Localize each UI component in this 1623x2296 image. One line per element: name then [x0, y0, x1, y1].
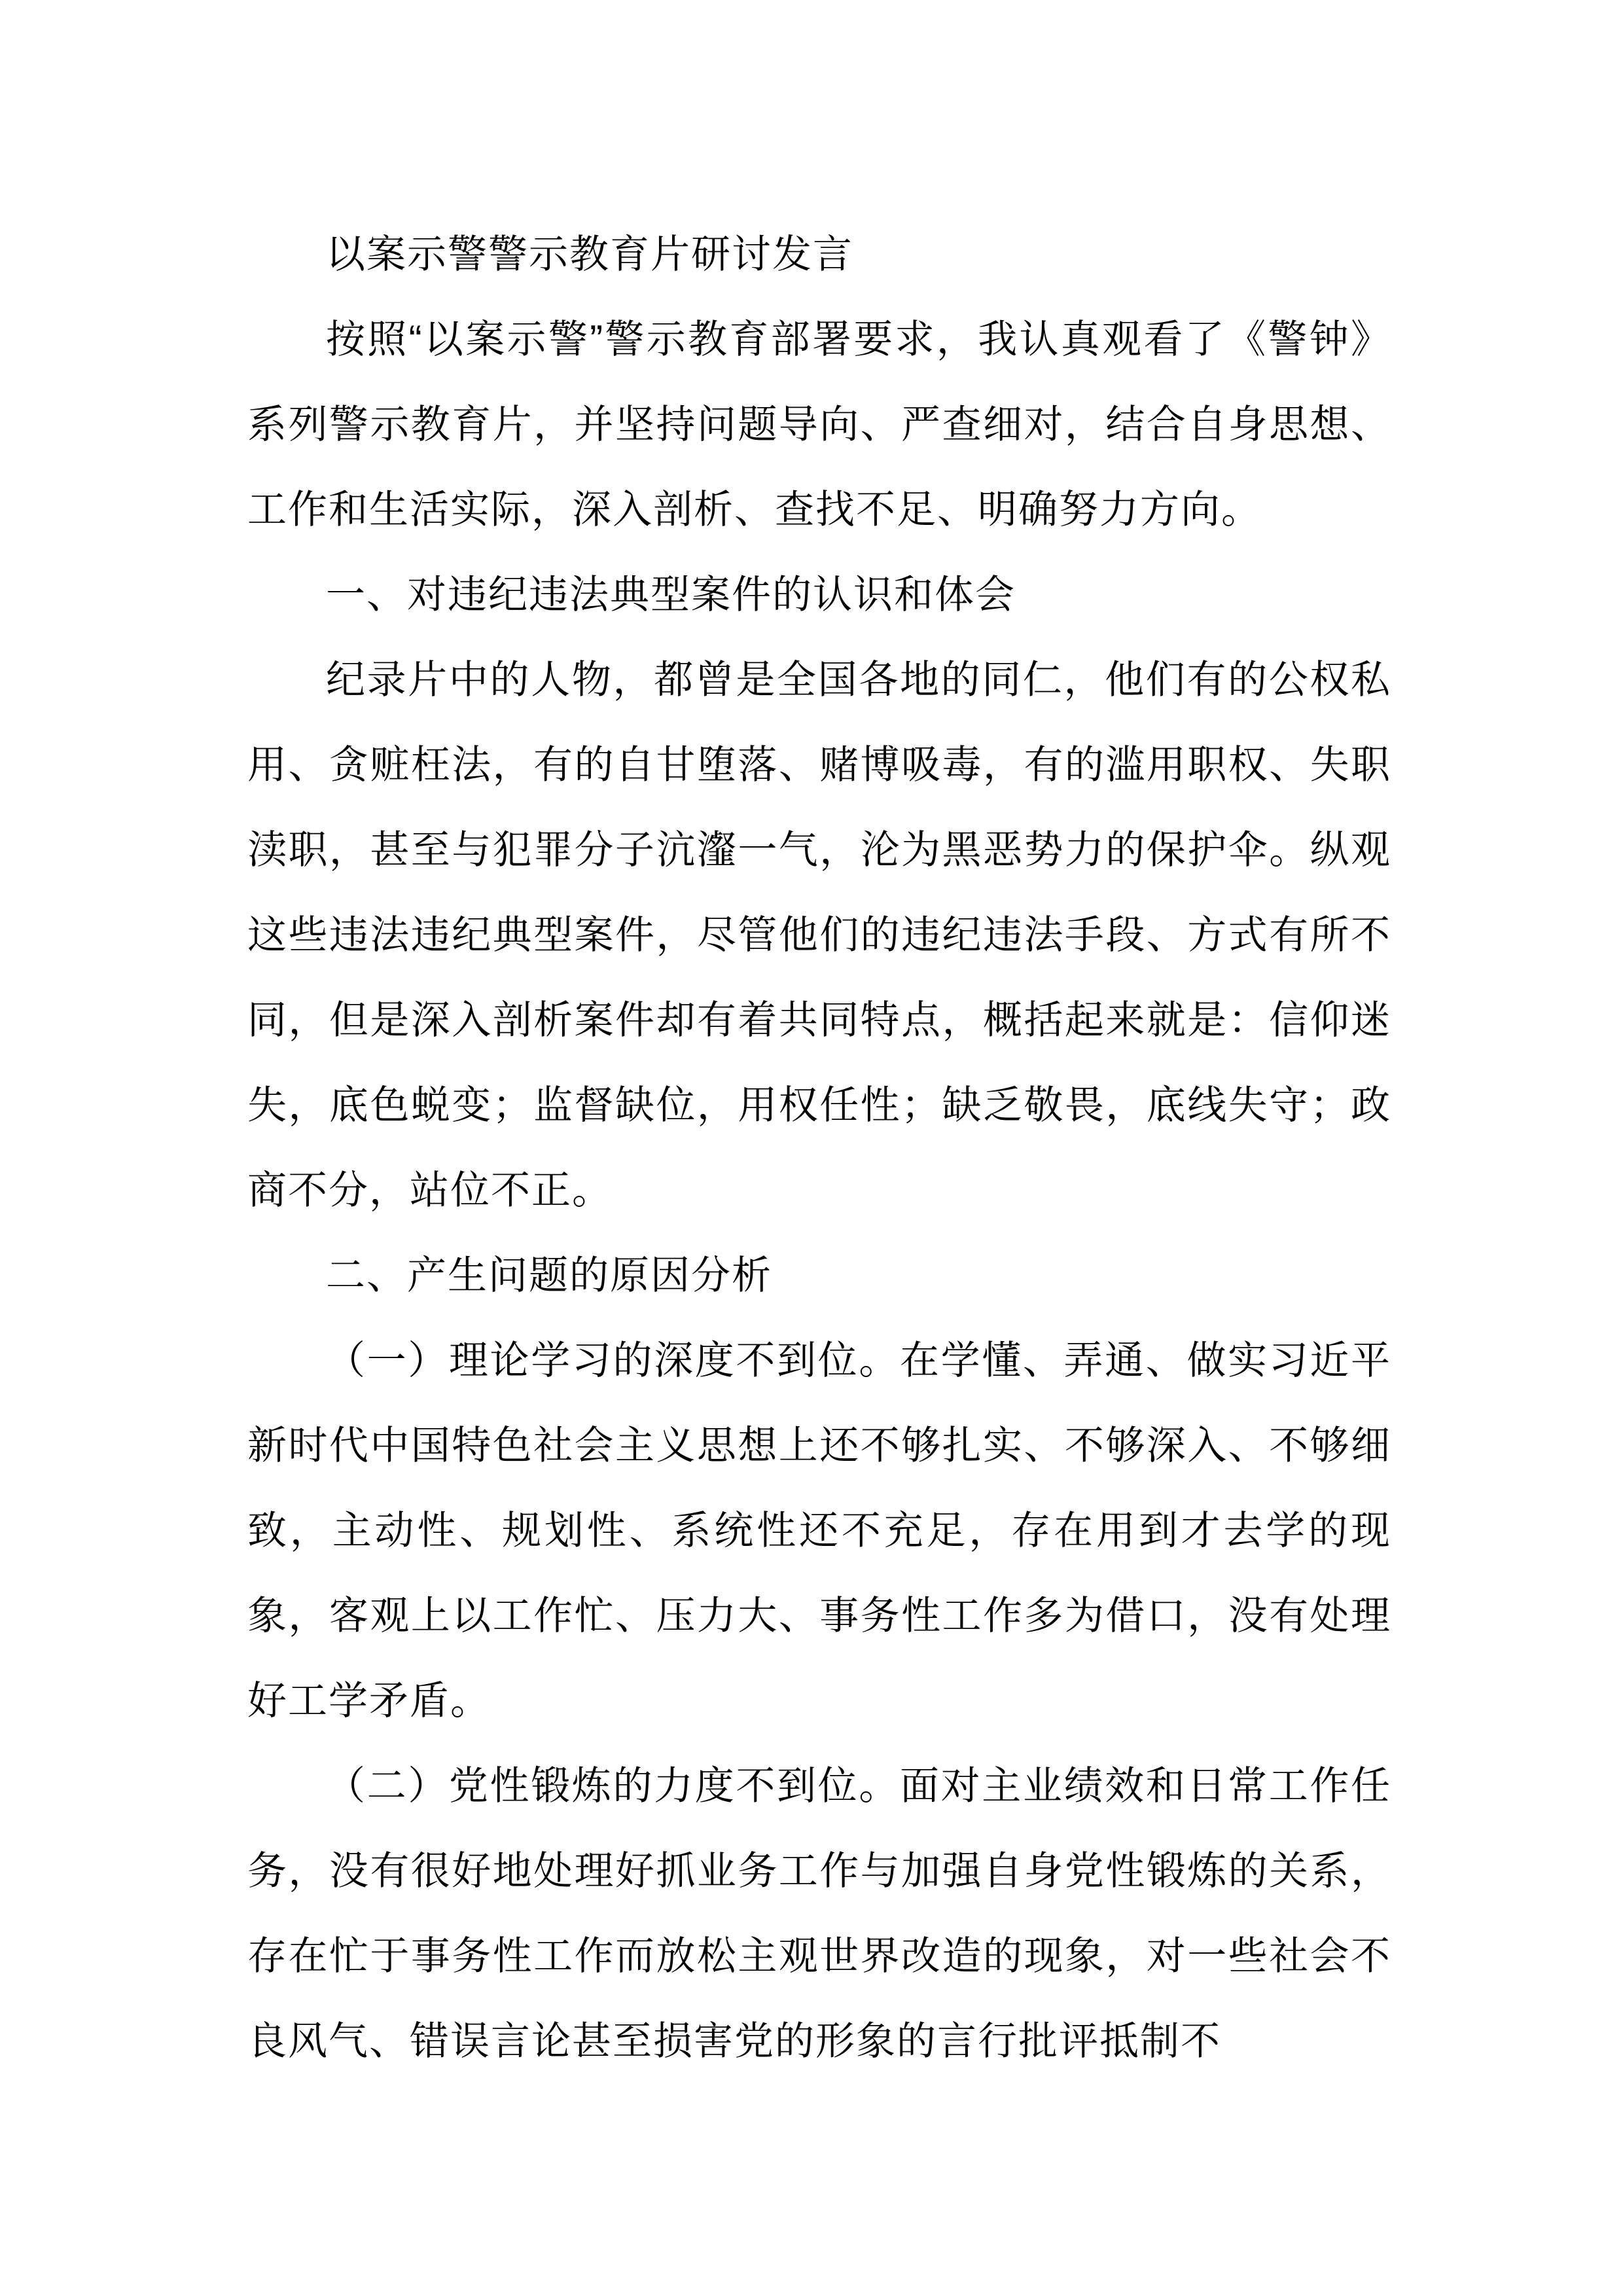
section-heading-2: 二、产生问题的原因分析 — [247, 1233, 1391, 1318]
doc-title: 以案示警警示教育片研讨发言 — [247, 212, 1391, 297]
paragraph-reason-2: （二）党性锻炼的力度不到位。面对主业绩效和日常工作任务，没有很好地处理好抓业务工… — [247, 1744, 1391, 2084]
document-page: 以案示警警示教育片研讨发言 按照“以案示警”警示教育部署要求，我认真观看了《警钟… — [0, 0, 1623, 2296]
section-heading-1: 一、对违纪违法典型案件的认识和体会 — [247, 552, 1391, 637]
paragraph-section-1: 纪录片中的人物，都曾是全国各地的同仁，他们有的公权私用、贪赃枉法，有的自甘堕落、… — [247, 637, 1391, 1233]
paragraph-reason-1: （一）理论学习的深度不到位。在学懂、弄通、做实习近平新时代中国特色社会主义思想上… — [247, 1318, 1391, 1744]
document-text-block: 以案示警警示教育片研讨发言 按照“以案示警”警示教育部署要求，我认真观看了《警钟… — [247, 212, 1391, 2084]
paragraph-intro: 按照“以案示警”警示教育部署要求，我认真观看了《警钟》系列警示教育片，并坚持问题… — [247, 297, 1391, 552]
